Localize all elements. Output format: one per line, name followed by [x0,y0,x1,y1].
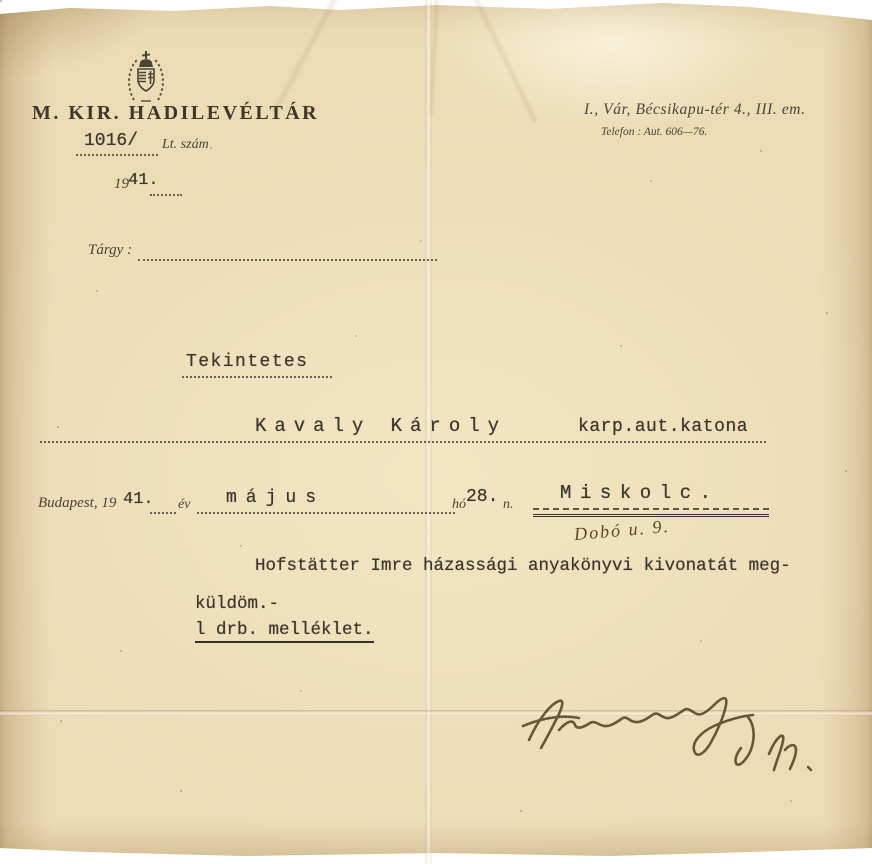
year-dotted-line [150,178,182,196]
body-line-3-enclosure: l drb. melléklet. [195,620,374,643]
file-number-label: Lt. szám [162,137,209,153]
recipient-city: Miskolc. [560,482,720,504]
recipient-dotted-line [40,425,766,443]
dateline-dotted-a [150,496,176,514]
scanned-letter-page: M. KIR. HADILEVÉLTÁR I., Vár, Bécsikapu-… [0,0,872,864]
subject-label: Tárgy : [88,242,132,259]
signature-handwriting [515,688,825,783]
archive-name: M. KIR. HADILEVÉLTÁR [32,102,319,125]
year-prefix-printed: 19 [114,176,129,193]
body-line-1: Hofstätter Imre házassági anyakönyvi kiv… [255,556,791,576]
subject-dotted-line [138,243,437,261]
dateline-day-suffix: n. [503,497,514,513]
letterhead-address: I., Vár, Bécsikapu-tér 4., III. em. [584,101,806,119]
city-underline-rule [533,508,769,517]
file-number-dotted-line [76,138,158,156]
dateline-day-typed: 28. [466,487,498,507]
dateline-ho-label: hó [452,497,466,513]
body-line-2: küldöm.- [195,594,279,614]
dateline-place: Budapest, 19 [38,495,116,512]
letterhead-telephone: Telefon : Aut. 606—76. [601,126,707,138]
dateline-month-typed: május [226,488,325,508]
paper-foxing-specks [0,0,2,2]
hungarian-coat-of-arms-icon [124,48,168,106]
salutation-dotted-line [182,360,332,378]
dateline-ev-label: év [178,497,190,513]
